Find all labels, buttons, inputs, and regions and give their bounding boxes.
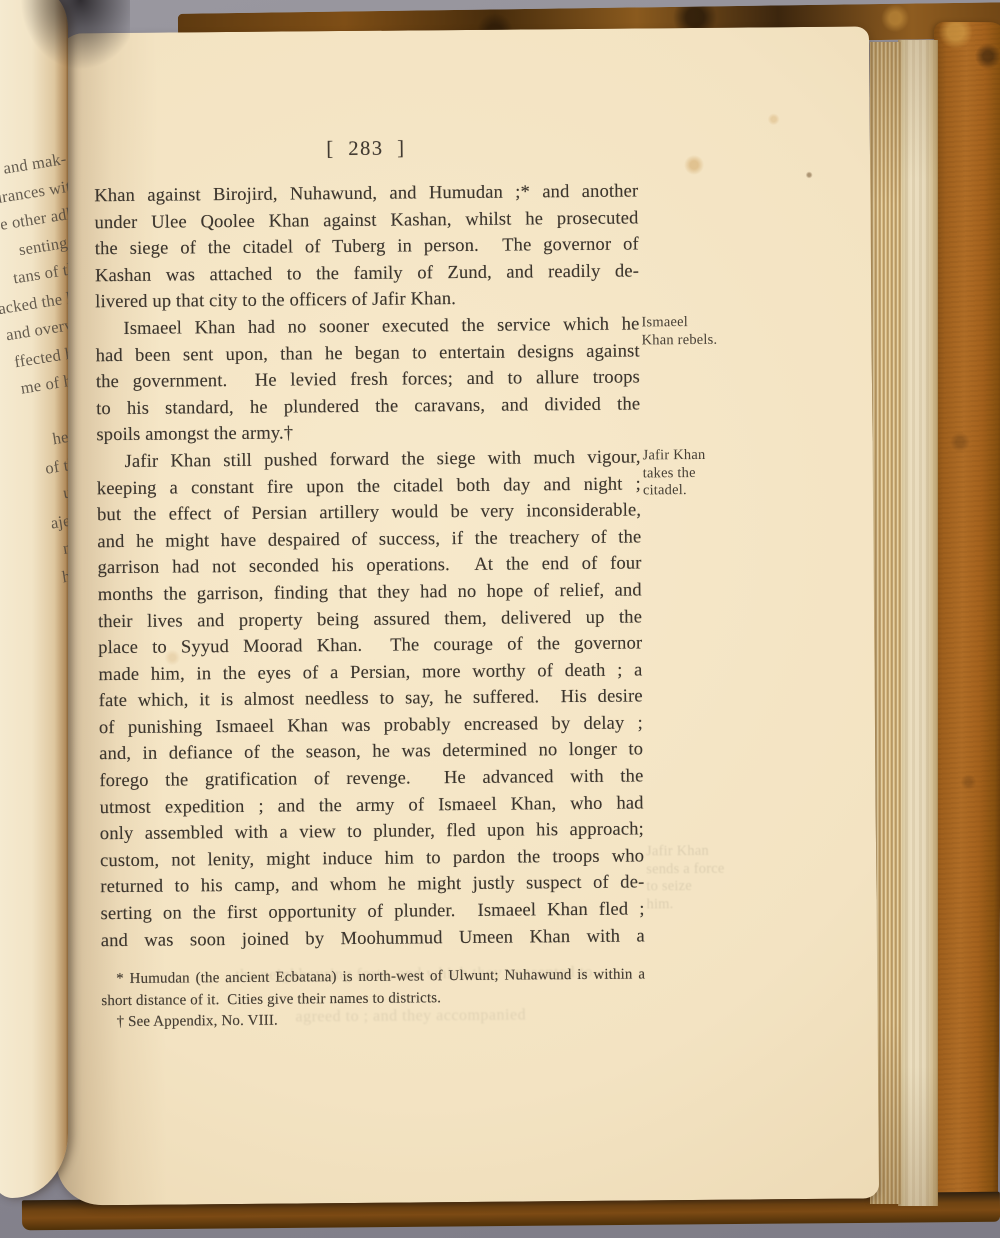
- margin-note-line: takes the: [643, 464, 747, 482]
- left-page-curl: and mak-surances wite other adhsenting a…: [0, 0, 68, 1198]
- footnotes: * Humudan (the ancient Ecbatana) is nort…: [101, 965, 646, 1034]
- photo-of-open-book: { "page_number": "[ 283 ]", "body": { "p…: [0, 0, 1000, 1238]
- spine-gap-shadow: [20, 0, 130, 70]
- body-text: Khan against Birojird, Nuhawund, and Hum…: [94, 178, 645, 954]
- margin-note-line: citadel.: [643, 482, 747, 500]
- margin-note-line: Jafir Khan: [646, 843, 750, 861]
- margin-note: Jafir Khantakes thecitadel.: [643, 447, 747, 500]
- left-page-fragments: and mak-surances wite other adhsenting a…: [0, 145, 68, 1005]
- book-page: IsmaeelKhan rebels.Jafir Khantakes theci…: [47, 26, 879, 1205]
- printed-line: to his standard, he plundered the carava…: [96, 391, 640, 422]
- printed-line: and was soon joined by Moohummud Umeen K…: [101, 923, 645, 954]
- margin-note-line: Khan rebels.: [642, 331, 746, 349]
- margin-note-line: sends a force: [646, 860, 750, 878]
- printed-line: months the garrison, finding that they h…: [98, 577, 642, 608]
- ghost-margin-note: Jafir Khansends a forceto seizehim.: [646, 843, 751, 914]
- printed-line: Khan against Birojird, Nuhawund, and Hum…: [94, 178, 638, 209]
- margin-note-line: him.: [646, 895, 750, 913]
- printed-line: Ismaeel Khan had no sooner executed the …: [95, 311, 639, 342]
- margin-note-line: Jafir Khan: [643, 447, 747, 465]
- endpaper-edge: [898, 40, 938, 1206]
- printed-line: Kashan was attached to the family of Zun…: [95, 258, 639, 289]
- printed-line: serting on the first opportunity of plun…: [100, 896, 644, 927]
- margin-note-line: Ismaeel: [641, 314, 745, 332]
- page-content: [ 283 ] Khan against Birojird, Nuhawund,…: [94, 135, 646, 1033]
- margin-note: IsmaeelKhan rebels.: [641, 314, 745, 350]
- printed-line: Jafir Khan still pushed forward the sieg…: [97, 444, 641, 475]
- page-number: [ 283 ]: [94, 135, 638, 162]
- margin-note-line: to seize: [646, 878, 750, 896]
